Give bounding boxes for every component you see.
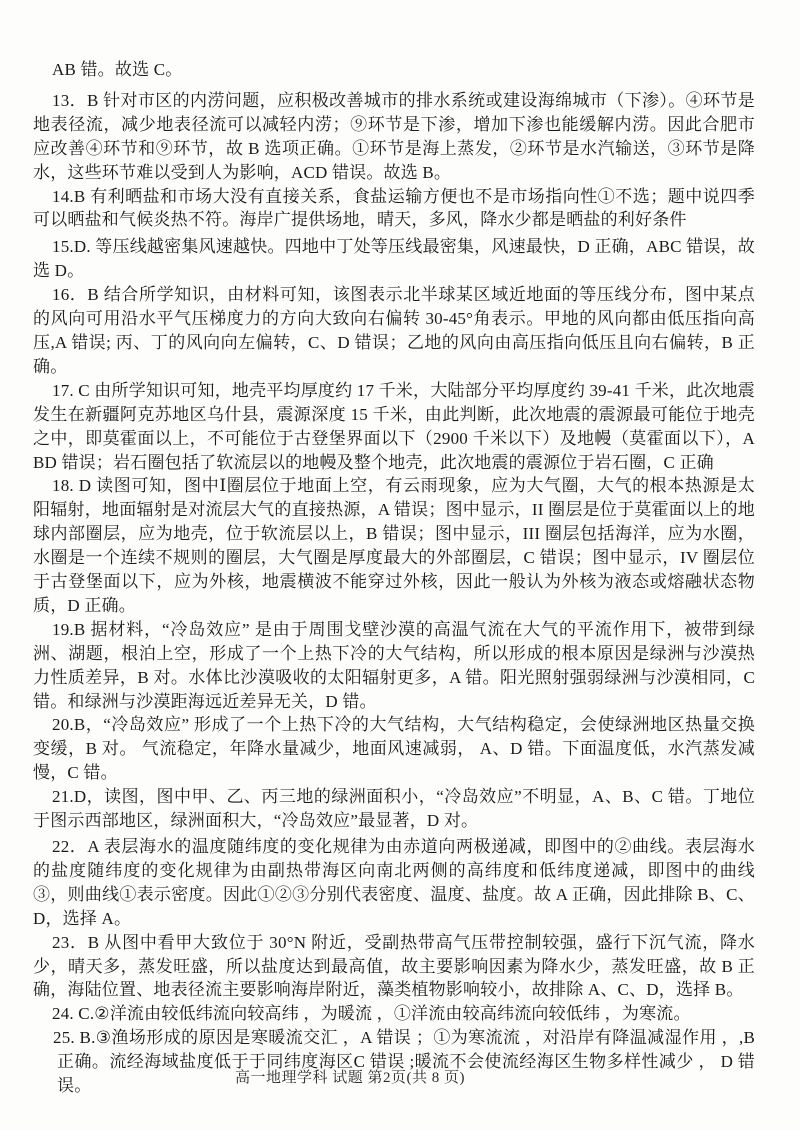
answer-item-18: 18. D 读图可知，图中Ⅰ圈层位于地面上空，有云雨现象，应为大气圈，大气的根本… <box>33 474 755 617</box>
answer-item-25: 25. B.③渔场形成的原因是寒暖流交汇 ，A 错误 ；①为寒流流 ，对沿岸有降… <box>33 1026 755 1098</box>
answer-item-23: 23．B 从图中看甲大致位于 30°N 附近，受副热带高气压带控制较强，盛行下沉… <box>33 931 755 1003</box>
answer-item-22: 22．A 表层海水的温度随纬度的变化规律为由赤道向两极递减，即图中的②曲线。表层… <box>33 835 755 931</box>
page-footer: 高一地理学科 试题 第2页(共 8 页) <box>0 1066 700 1087</box>
answer-item-21: 21.D，读图，图中甲、乙、丙三地的绿洲面积小，“冷岛效应”不明显，A、B、C … <box>33 785 755 833</box>
answer-item-19: 19.B 据材料，“冷岛效应” 是由于周围戈壁沙漠的高温气流在大气的平流作用下，… <box>33 618 755 714</box>
answer-12-continuation: AB 错。故选 C。 <box>33 58 755 82</box>
exam-answer-page: AB 错。故选 C。 13．B 针对市区的内涝问题，应积极改善城市的排水系统或建… <box>0 0 800 1130</box>
answer-item-24: 24. C.②洋流由较低纬流向较高纬 ，为暖流 ，①洋流由较高纬流向较低纬 ，为… <box>33 1002 755 1026</box>
answer-item-20: 20.B，“冷岛效应” 形成了一个上热下冷的大气结构，大气结构稳定，会使绿洲地区… <box>33 713 755 785</box>
answer-item-14: 14.B 有利晒盐和市场大没有直接关系，食盐运输方便也不是市场指向性①不选；题中… <box>33 185 755 233</box>
answer-item-16: 16．B 结合所学知识，由材料可知，该图表示北半球某区域近地面的等压线分布，图中… <box>33 283 755 379</box>
answer-item-17: 17. C 由所学知识可知，地壳平均厚度约 17 千米，大陆部分平均厚度约 39… <box>33 379 755 475</box>
answer-item-15: 15.D. 等压线越密集风速越快。四地中丁处等压线最密集，风速最快，D 正确，A… <box>33 235 755 283</box>
answer-explanations: AB 错。故选 C。 13．B 针对市区的内涝问题，应积极改善城市的排水系统或建… <box>33 58 755 1098</box>
answer-item-13: 13．B 针对市区的内涝问题，应积极改善城市的排水系统或建设海绵城市（下渗）。④… <box>33 89 755 185</box>
